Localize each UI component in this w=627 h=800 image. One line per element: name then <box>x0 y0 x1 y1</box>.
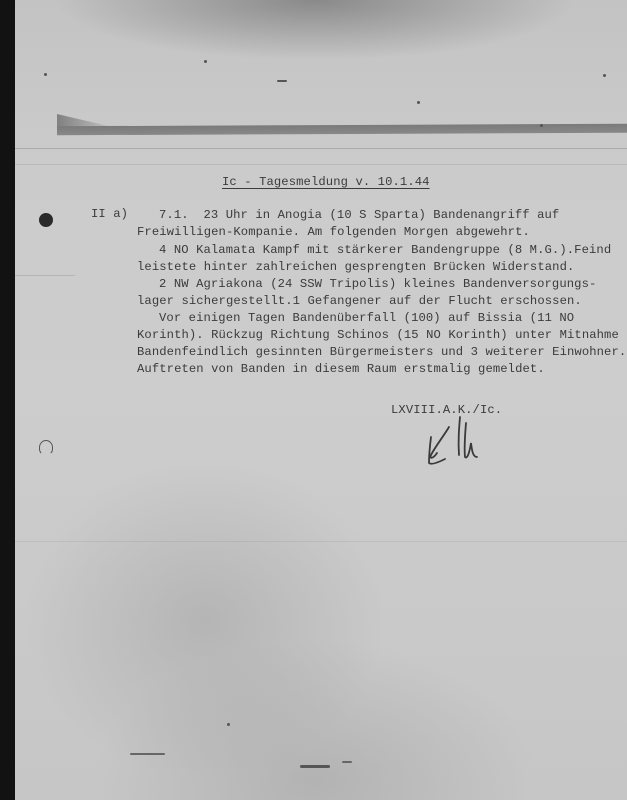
report-line: 7.1. 23 Uhr in Anogia (10 S Sparta) Band… <box>159 207 559 223</box>
report-line: Vor einigen Tagen Bandenüberfall (100) a… <box>159 310 574 326</box>
document-title: Ic - Tagesmeldung v. 10.1.44 <box>222 175 430 189</box>
report-line: 4 NO Kalamata Kampf mit stärkerer Banden… <box>159 242 611 258</box>
document-body: Ic - Tagesmeldung v. 10.1.44 II a) 7.1. … <box>0 0 627 800</box>
report-line: leistete hinter zahlreichen gesprengten … <box>137 259 574 275</box>
report-line: Auftreten von Banden in diesem Raum erst… <box>137 361 545 377</box>
report-line: 2 NW Agriakona (24 SSW Tripolis) kleines… <box>159 276 596 292</box>
section-label: II a) <box>91 207 128 221</box>
handwritten-signature-icon <box>425 415 495 470</box>
report-line: Freiwilligen-Kompanie. Am folgenden Morg… <box>137 224 530 240</box>
report-line: lager sichergestellt.1 Gefangener auf de… <box>137 293 582 309</box>
report-line: Bandenfeindlich gesinnten Bürgermeisters… <box>137 344 626 360</box>
report-line: Korinth). Rückzug Richtung Schinos (15 N… <box>137 327 619 343</box>
